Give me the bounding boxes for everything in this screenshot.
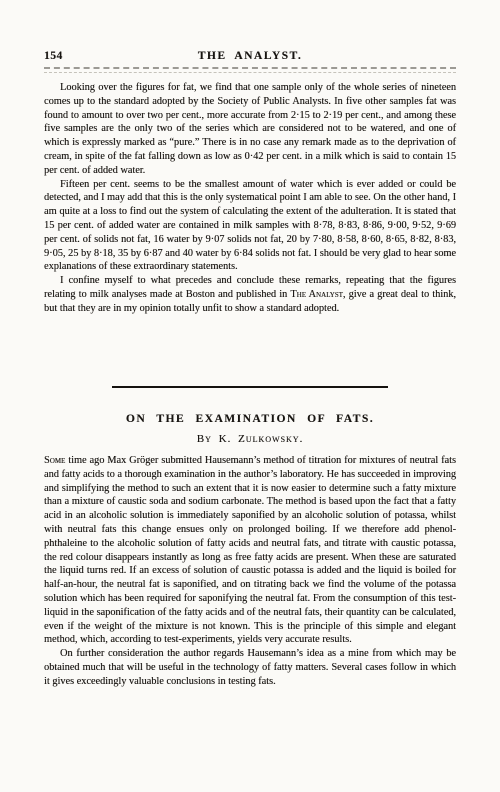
header-rule: [44, 67, 456, 73]
paragraph: Fifteen per cent. seems to be the smalle…: [44, 178, 456, 275]
paragraph: On further consideration the author rega…: [44, 647, 456, 688]
paragraph: Looking over the figures for fat, we fin…: [44, 81, 456, 178]
journal-title: THE ANALYST.: [114, 50, 386, 62]
journal-page: 154 THE ANALYST. Looking over the figure…: [0, 0, 500, 792]
paragraph: Some time ago Max Gröger submitted Hause…: [44, 454, 456, 647]
article-byline: By K. Zulkowsky.: [44, 433, 456, 445]
letter-paragraphs: Looking over the figures for fat, we fin…: [44, 81, 456, 316]
paragraph: I confine myself to what precedes and co…: [44, 274, 456, 315]
article-paragraphs: Some time ago Max Gröger submitted Hause…: [44, 454, 456, 689]
running-head: 154 THE ANALYST.: [44, 50, 456, 62]
article-title: ON THE EXAMINATION OF FATS.: [44, 413, 456, 425]
page-number: 154: [44, 50, 114, 62]
section-divider: [112, 386, 388, 389]
